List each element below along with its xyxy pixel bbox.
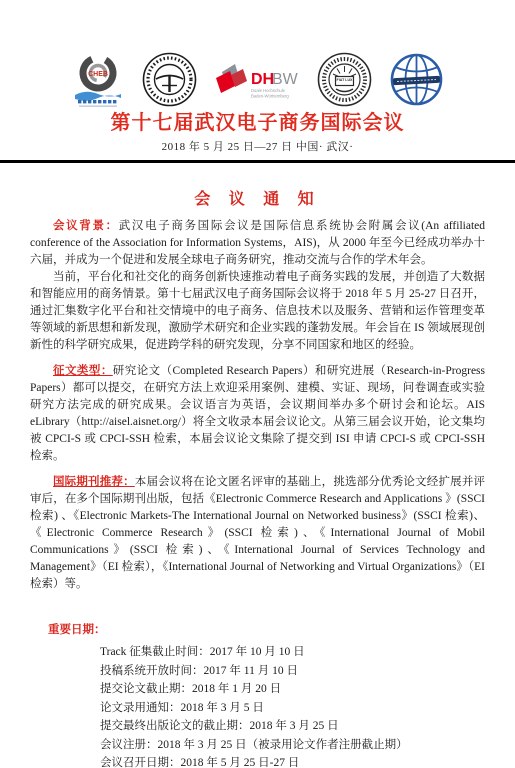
date-item-submission-open: 投稿系统开放时间：2017 年 11 月 10 日 — [100, 662, 485, 681]
paragraph-context: 当前，平台化和社交化的商务创新快速推动着电子商务实践的发展，并创造了大数据和智能… — [30, 269, 485, 354]
university-seal-logo — [142, 52, 197, 107]
date-item-acceptance-notice: 论文录用通知：2018 年 3 月 5 日 — [100, 699, 485, 718]
date-item-final-paper-deadline: 提交最终出版论文的截止期：2018 年 3 月 25 日 — [100, 717, 485, 736]
dhbw-caption-1: Duale Hochschule — [251, 88, 286, 93]
paragraph-submission-types-text: 研究论文（Completed Research Papers）和研究进展（Res… — [30, 365, 485, 462]
berkeley-seal-logo: FIAT LUX — [317, 52, 372, 107]
important-dates-section: 重要日期： Track 征集截止时间：2017 年 10 月 10 日 投稿系统… — [30, 622, 485, 768]
notice-title: 会 议 通 知 — [0, 186, 515, 209]
berkeley-motto-text: FIAT LUX — [337, 78, 354, 82]
ais-globe-logo — [389, 52, 444, 107]
dhbw-dh-text: DH — [251, 71, 274, 88]
paragraph-background: 会议背景：武汉电子商务国际会议是国际信息系统协会附属会议(An affiliat… — [30, 218, 485, 269]
dhbw-caption-2: Baden-Württemberg — [251, 94, 289, 99]
section-label-journal-recommendations: 国际期刊推荐： — [53, 476, 135, 488]
date-item-paper-deadline: 提交论文截止期：2018 年 1 月 20 日 — [100, 680, 485, 699]
conference-title: 第十七届武汉电子商务国际会议 — [0, 111, 515, 135]
date-item-conference-dates: 会议召开日期：2018 年 5 月 25 日-27 日 — [100, 754, 485, 768]
cheb-logo-text: CHEB — [88, 71, 108, 78]
section-label-submission-types: 征文类型： — [53, 365, 113, 377]
section-label-background: 会议背景： — [53, 220, 119, 232]
paragraph-journal-recommendations-text: 本届会议将在论文匿名评审的基础上，挑选部分优秀论文经扩展并评审后，在多个国际期刊… — [30, 476, 485, 590]
notice-body: 会议背景：武汉电子商务国际会议是国际信息系统协会附属会议(An affiliat… — [30, 218, 485, 768]
divider-rule — [0, 160, 515, 163]
cheb-logo: CHEB — [71, 50, 125, 108]
date-item-registration: 会议注册：2018 年 3 月 25 日（被录用论文作者注册截止期） — [100, 736, 485, 755]
important-dates-list: Track 征集截止时间：2017 年 10 月 10 日 投稿系统开放时间：2… — [100, 643, 485, 768]
date-item-track-deadline: Track 征集截止时间：2017 年 10 月 10 日 — [100, 643, 485, 662]
important-dates-label: 重要日期： — [48, 622, 485, 639]
header-logos: CHEB DH BW Duale Hochsc — [0, 0, 515, 108]
cheb-wave — [75, 92, 121, 101]
paragraph-context-text: 当前，平台化和社交化的商务创新快速推动着电子商务实践的发展，并创造了大数据和智能… — [30, 271, 485, 351]
conference-notice-page: CHEB DH BW Duale Hochsc — [0, 0, 515, 768]
conference-date-location: 2018 年 5 月 25 日—27 日 中国· 武汉· — [0, 138, 515, 154]
paragraph-submission-types: 征文类型：研究论文（Completed Research Papers）和研究进… — [30, 363, 485, 465]
dhbw-logo: DH BW Duale Hochschule Baden-Württemberg — [214, 54, 300, 104]
paragraph-journal-recommendations: 国际期刊推荐：本届会议将在论文匿名评审的基础上，挑选部分优秀论文经扩展并评审后，… — [30, 474, 485, 593]
dhbw-bw-text: BW — [272, 71, 299, 88]
